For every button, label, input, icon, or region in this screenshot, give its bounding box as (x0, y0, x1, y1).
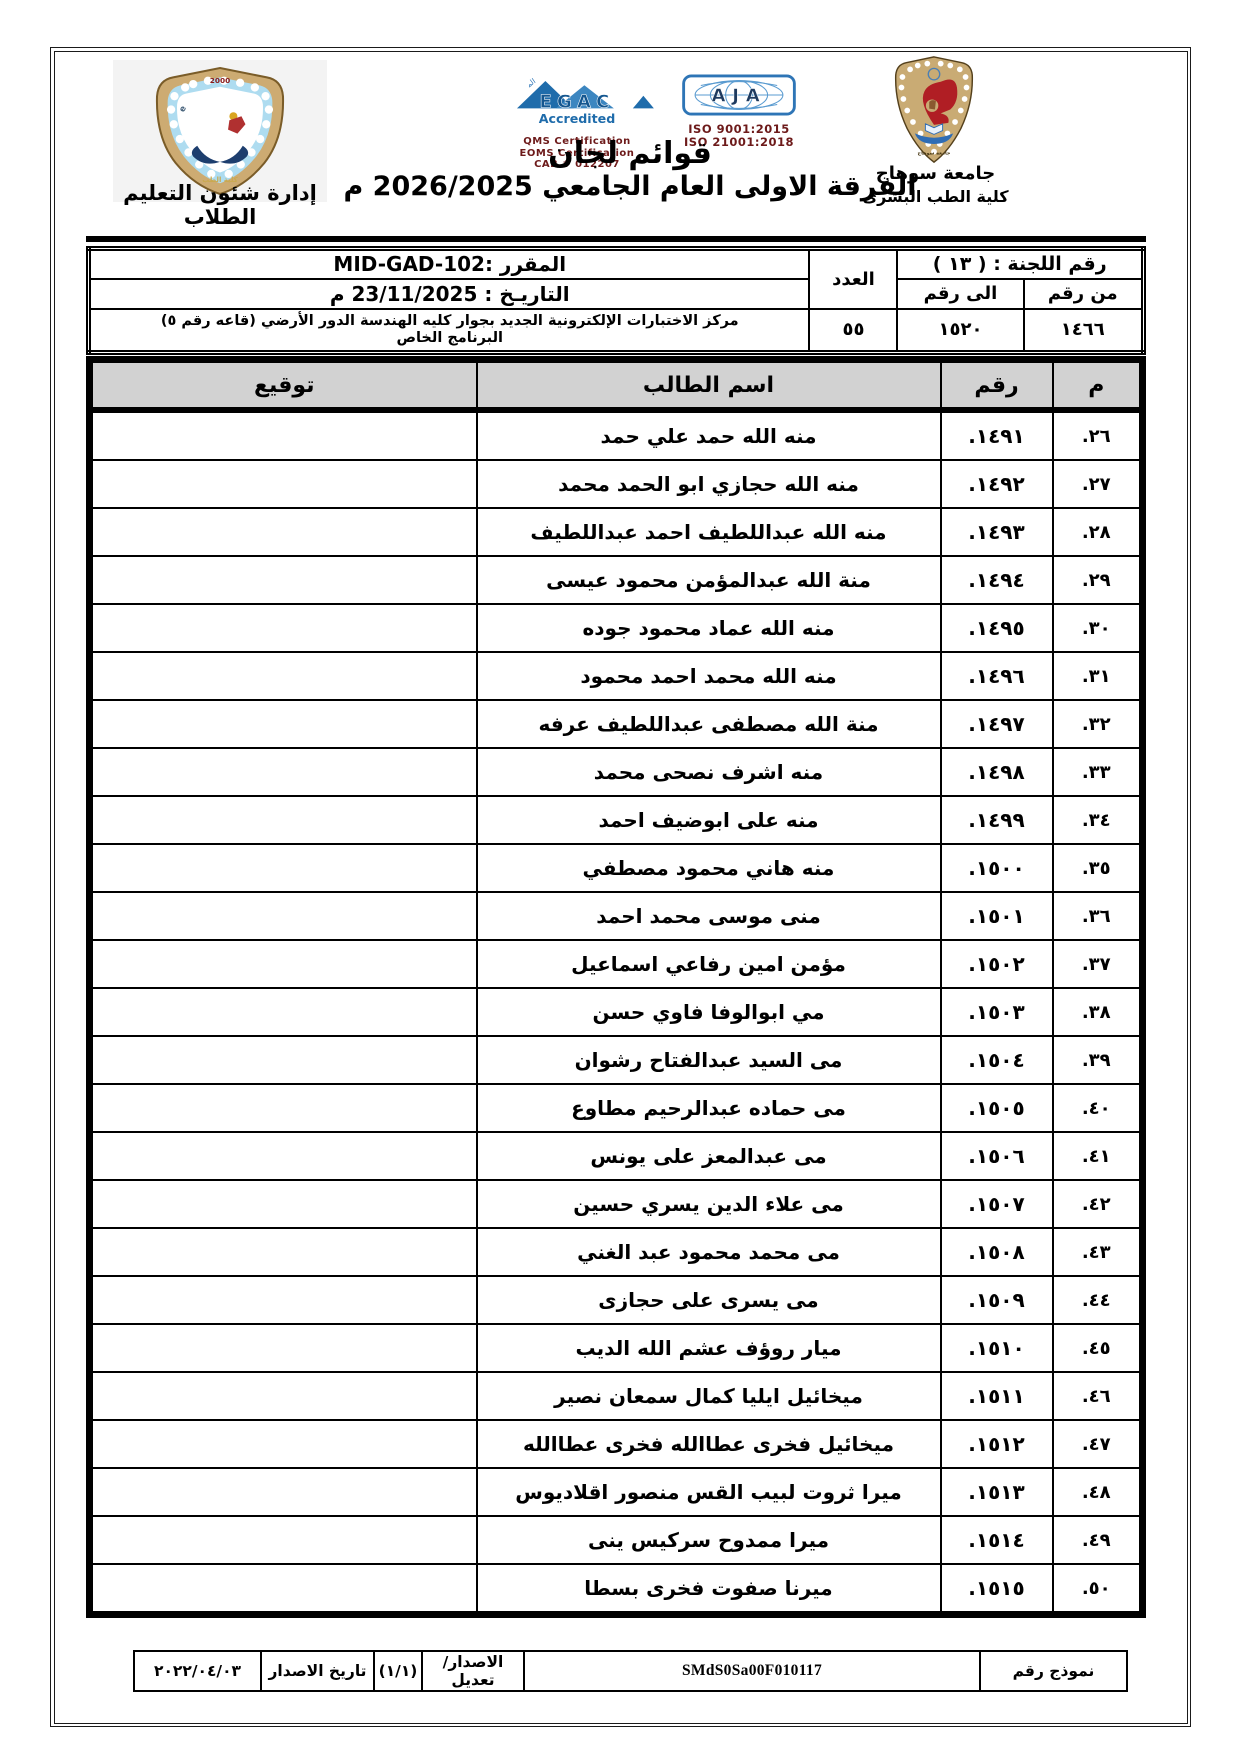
student-number-cell: ١٥١٤. (941, 1516, 1053, 1564)
issue-date-value-cell: ٢٠٢٢/٠٤/٠٣ (134, 1651, 261, 1691)
committee-number-cell: رقم اللجنة : ( ١٣ ) (897, 249, 1143, 279)
student-number-cell: ١٥١١. (941, 1372, 1053, 1420)
student-serial-cell: ٤٩. (1053, 1516, 1143, 1564)
student-serial-cell: ٣٦. (1053, 892, 1143, 940)
student-signature-cell (90, 1324, 477, 1372)
student-serial-cell: ٤٤. (1053, 1276, 1143, 1324)
student-signature-cell (90, 1084, 477, 1132)
student-name-cell: مى يسرى على حجازى (477, 1276, 941, 1324)
student-signature-cell (90, 652, 477, 700)
student-row: ٥٠. ١٥١٥. ميرنا صفوت فخرى بسطا (90, 1564, 1143, 1615)
students-table-header-row: م رقم اسم الطالب توقيع (90, 360, 1143, 411)
sohag-university-logo: جامعة سوهاج (874, 55, 994, 165)
student-signature-cell (90, 1276, 477, 1324)
student-signature-cell (90, 700, 477, 748)
student-signature-cell (90, 410, 477, 460)
student-name-cell: منه الله عماد محمود جوده (477, 604, 941, 652)
students-table: م رقم اسم الطالب توقيع ٢٦. ١٤٩١. منه الل… (86, 356, 1146, 1618)
student-signature-cell (90, 1516, 477, 1564)
student-serial-cell: ٤١. (1053, 1132, 1143, 1180)
signature-column-header: توقيع (90, 360, 477, 411)
student-number-cell: ١٤٩٥. (941, 604, 1053, 652)
student-row: ٣٣. ١٤٩٨. منه اشرف نصحى محمد (90, 748, 1143, 796)
student-row: ٤٤. ١٥٠٩. مى يسرى على حجازى (90, 1276, 1143, 1324)
student-serial-cell: ٣٨. (1053, 988, 1143, 1036)
student-number-cell: ١٤٩٦. (941, 652, 1053, 700)
student-signature-cell (90, 1228, 477, 1276)
student-signature-cell (90, 988, 477, 1036)
student-row: ٣٠. ١٤٩٥. منه الله عماد محمود جوده (90, 604, 1143, 652)
student-number-cell: ١٥٠٣. (941, 988, 1053, 1036)
header-separator-line (86, 236, 1146, 242)
university-name-label: جامعة سوهاج (848, 163, 1023, 184)
student-serial-cell: ٤٨. (1053, 1468, 1143, 1516)
student-number-cell: ١٤٩٩. (941, 796, 1053, 844)
student-name-cell: مى السيد عبدالفتاح رشوان (477, 1036, 941, 1084)
student-number-cell: ١٥١٢. (941, 1420, 1053, 1468)
student-row: ٤٠. ١٥٠٥. مى حماده عبدالرحيم مطاوع (90, 1084, 1143, 1132)
student-serial-cell: ٣٩. (1053, 1036, 1143, 1084)
student-signature-cell (90, 1420, 477, 1468)
aja-globe-icon: AJA (665, 74, 813, 116)
student-signature-cell (90, 556, 477, 604)
student-name-cell: منه هاني محمود مصطفي (477, 844, 941, 892)
student-signature-cell (90, 508, 477, 556)
student-name-cell: منه الله حمد علي حمد (477, 410, 941, 460)
student-number-cell: ١٥١٠. (941, 1324, 1053, 1372)
svg-text:المجلس الوطني للاعتماد: المجلس الوطني للاعتماد (498, 68, 537, 90)
student-name-cell: ميرا ممدوح سركيس ينى (477, 1516, 941, 1564)
student-signature-cell (90, 1372, 477, 1420)
university-band-text: جامعة سوهاج (918, 150, 951, 156)
exam-location-line1: مركز الاختبارات الإلكترونية الجديد بجوار… (91, 313, 808, 330)
exam-location-line2: البرنامج الخاص (91, 330, 808, 347)
student-signature-cell (90, 1132, 477, 1180)
form-footer-table: نموذج رقم SMdS0Sa00F010117 الاصدار/تعديل… (133, 1650, 1128, 1692)
egac-mountains-icon: المجلس الوطني للاعتماد EGAC Accredited (498, 68, 656, 132)
student-number-cell: ١٥١٣. (941, 1468, 1053, 1516)
student-name-cell: ميخائيل ايليا كمال سمعان نصير (477, 1372, 941, 1420)
student-signature-cell (90, 460, 477, 508)
issue-date-label-cell: تاريخ الاصدار (261, 1651, 374, 1691)
document-page: { "page": { "header": { "faculty_logo": … (0, 0, 1241, 1755)
student-row: ٢٦. ١٤٩١. منه الله حمد علي حمد (90, 410, 1143, 460)
student-name-cell: ميار روؤف عشم الله الديب (477, 1324, 941, 1372)
to-number-value-cell: ١٥٢٠ (897, 309, 1023, 353)
egac-arc-text: المجلس الوطني للاعتماد (498, 68, 537, 90)
student-serial-cell: ٣٥. (1053, 844, 1143, 892)
student-serial-cell: ٤٦. (1053, 1372, 1143, 1420)
issue-value-cell: (١/١) (374, 1651, 422, 1691)
student-row: ٤٧. ١٥١٢. ميخائيل فخرى عطاالله فخرى عطاا… (90, 1420, 1143, 1468)
student-serial-cell: ٤٢. (1053, 1180, 1143, 1228)
student-row: ٤٨. ١٥١٣. ميرا ثروت لبيب القس منصور اقلا… (90, 1468, 1143, 1516)
student-row: ٣٨. ١٥٠٣. مي ابوالوفا فاوي حسن (90, 988, 1143, 1036)
committee-info-table: رقم اللجنة : ( ١٣ ) العدد المقرر :MID-GA… (86, 246, 1146, 355)
student-name-cell: منه الله محمد احمد محمود (477, 652, 941, 700)
student-row: ٣٧. ١٥٠٢. مؤمن امين رفاعي اسماعيل (90, 940, 1143, 988)
student-name-cell: مى حماده عبدالرحيم مطاوع (477, 1084, 941, 1132)
student-row: ٤٥. ١٥١٠. ميار روؤف عشم الله الديب (90, 1324, 1143, 1372)
student-serial-cell: ٣٤. (1053, 796, 1143, 844)
student-serial-cell: ٢٧. (1053, 460, 1143, 508)
faculty-name-label: كلية الطب البشرى (848, 187, 1023, 206)
student-row: ٣٦. ١٥٠١. منى موسى محمد احمد (90, 892, 1143, 940)
student-signature-cell (90, 1564, 477, 1615)
student-signature-cell (90, 1036, 477, 1084)
student-serial-cell: ٤٧. (1053, 1420, 1143, 1468)
student-number-cell: ١٥٠٩. (941, 1276, 1053, 1324)
student-name-cell: مى محمد محمود عبد الغني (477, 1228, 941, 1276)
students-body: ٢٦. ١٤٩١. منه الله حمد علي حمد ٢٧. ١٤٩٢.… (90, 410, 1143, 1615)
student-number-cell: ١٥٠٧. (941, 1180, 1053, 1228)
student-row: ٤٩. ١٥١٤. ميرا ممدوح سركيس ينى (90, 1516, 1143, 1564)
student-number-cell: ١٥٠٨. (941, 1228, 1053, 1276)
student-number-cell: ١٤٩١. (941, 410, 1053, 460)
student-serial-cell: ٢٨. (1053, 508, 1143, 556)
student-row: ٣١. ١٤٩٦. منه الله محمد احمد محمود (90, 652, 1143, 700)
student-name-cell: ميرنا صفوت فخرى بسطا (477, 1564, 941, 1615)
university-shield-icon: جامعة سوهاج (887, 55, 981, 165)
student-name-cell: ميرا ثروت لبيب القس منصور اقلاديوس (477, 1468, 941, 1516)
form-code-cell: SMdS0Sa00F010117 (524, 1651, 980, 1691)
student-number-cell: ١٥١٥. (941, 1564, 1053, 1615)
student-number-cell: ١٤٩٨. (941, 748, 1053, 796)
from-number-header-cell: من رقم (1024, 279, 1144, 309)
student-name-cell: ميخائيل فخرى عطاالله فخرى عطاالله (477, 1420, 941, 1468)
egac-accredited-text: Accredited (539, 111, 616, 126)
student-number-cell: ١٤٩٣. (941, 508, 1053, 556)
student-row: ٤٦. ١٥١١. ميخائيل ايليا كمال سمعان نصير (90, 1372, 1143, 1420)
form-number-label-cell: نموذج رقم (980, 1651, 1127, 1691)
document-title: قوائم لجان (400, 136, 860, 171)
student-row: ٣٢. ١٤٩٧. منة الله مصطفى عبداللطيف عرفه (90, 700, 1143, 748)
student-name-cell: منه الله عبداللطيف احمد عبداللطيف (477, 508, 941, 556)
name-column-header: اسم الطالب (477, 360, 941, 411)
course-code-cell: المقرر :MID-GAD-102 (89, 249, 810, 279)
faculty-shield-icon: Faculty of Medicine 2000 كلية الطب (131, 64, 309, 198)
student-name-cell: منى موسى محمد احمد (477, 892, 941, 940)
student-row: ٢٧. ١٤٩٢. منه الله حجازي ابو الحمد محمد (90, 460, 1143, 508)
number-column-header: رقم (941, 360, 1053, 411)
student-number-cell: ١٥٠١. (941, 892, 1053, 940)
student-signature-cell (90, 748, 477, 796)
student-signature-cell (90, 892, 477, 940)
student-signature-cell (90, 796, 477, 844)
student-row: ٣٥. ١٥٠٠. منه هاني محمود مصطفي (90, 844, 1143, 892)
student-number-cell: ١٥٠٤. (941, 1036, 1053, 1084)
count-value-cell: ٥٥ (809, 309, 897, 353)
student-name-cell: منه اشرف نصحى محمد (477, 748, 941, 796)
student-serial-cell: ٤٣. (1053, 1228, 1143, 1276)
student-signature-cell (90, 604, 477, 652)
exam-date-cell: التاريـخ : 23/11/2025 م (89, 279, 810, 309)
aja-name-text: AJA (712, 86, 767, 107)
student-name-cell: منة الله عبدالمؤمن محمود عيسى (477, 556, 941, 604)
student-name-cell: منه على ابوضيف احمد (477, 796, 941, 844)
student-number-cell: ١٤٩٢. (941, 460, 1053, 508)
student-signature-cell (90, 1180, 477, 1228)
student-serial-cell: ٣١. (1053, 652, 1143, 700)
student-name-cell: منة الله مصطفى عبداللطيف عرفه (477, 700, 941, 748)
student-number-cell: ١٤٩٧. (941, 700, 1053, 748)
student-name-cell: مؤمن امين رفاعي اسماعيل (477, 940, 941, 988)
issue-label-cell: الاصدار/تعديل (422, 1651, 524, 1691)
student-row: ٤١. ١٥٠٦. مى عبدالمعز على يونس (90, 1132, 1143, 1180)
student-serial-cell: ٤٠. (1053, 1084, 1143, 1132)
to-number-header-cell: الى رقم (897, 279, 1023, 309)
student-serial-cell: ٣٣. (1053, 748, 1143, 796)
from-number-value-cell: ١٤٦٦ (1024, 309, 1144, 353)
student-serial-cell: ٣٧. (1053, 940, 1143, 988)
student-number-cell: ١٥٠٦. (941, 1132, 1053, 1180)
student-signature-cell (90, 940, 477, 988)
student-row: ٣٩. ١٥٠٤. مى السيد عبدالفتاح رشوان (90, 1036, 1143, 1084)
student-row: ٢٨. ١٤٩٣. منه الله عبداللطيف احمد عبدالل… (90, 508, 1143, 556)
student-number-cell: ١٥٠٠. (941, 844, 1053, 892)
student-name-cell: مى علاء الدين يسري حسين (477, 1180, 941, 1228)
serial-column-header: م (1053, 360, 1143, 411)
student-row: ٣٤. ١٤٩٩. منه على ابوضيف احمد (90, 796, 1143, 844)
student-row: ٢٩. ١٤٩٤. منة الله عبدالمؤمن محمود عيسى (90, 556, 1143, 604)
student-row: ٤٣. ١٥٠٨. مى محمد محمود عبد الغني (90, 1228, 1143, 1276)
student-serial-cell: ٢٩. (1053, 556, 1143, 604)
student-serial-cell: ٢٦. (1053, 410, 1143, 460)
student-number-cell: ١٥٠٥. (941, 1084, 1053, 1132)
student-signature-cell (90, 844, 477, 892)
student-serial-cell: ٣٢. (1053, 700, 1143, 748)
student-name-cell: مي ابوالوفا فاوي حسن (477, 988, 941, 1036)
faculty-year-text: 2000 (210, 76, 230, 85)
student-name-cell: منه الله حجازي ابو الحمد محمد (477, 460, 941, 508)
student-number-cell: ١٥٠٢. (941, 940, 1053, 988)
egac-name-text: EGAC (540, 91, 615, 112)
exam-location-cell: مركز الاختبارات الإلكترونية الجديد بجوار… (89, 309, 810, 353)
student-signature-cell (90, 1468, 477, 1516)
student-serial-cell: ٣٠. (1053, 604, 1143, 652)
student-number-cell: ١٤٩٤. (941, 556, 1053, 604)
student-serial-cell: ٥٠. (1053, 1564, 1143, 1615)
count-header-cell: العدد (809, 249, 897, 309)
student-name-cell: مى عبدالمعز على يونس (477, 1132, 941, 1180)
student-row: ٤٢. ١٥٠٧. مى علاء الدين يسري حسين (90, 1180, 1143, 1228)
student-serial-cell: ٤٥. (1053, 1324, 1143, 1372)
